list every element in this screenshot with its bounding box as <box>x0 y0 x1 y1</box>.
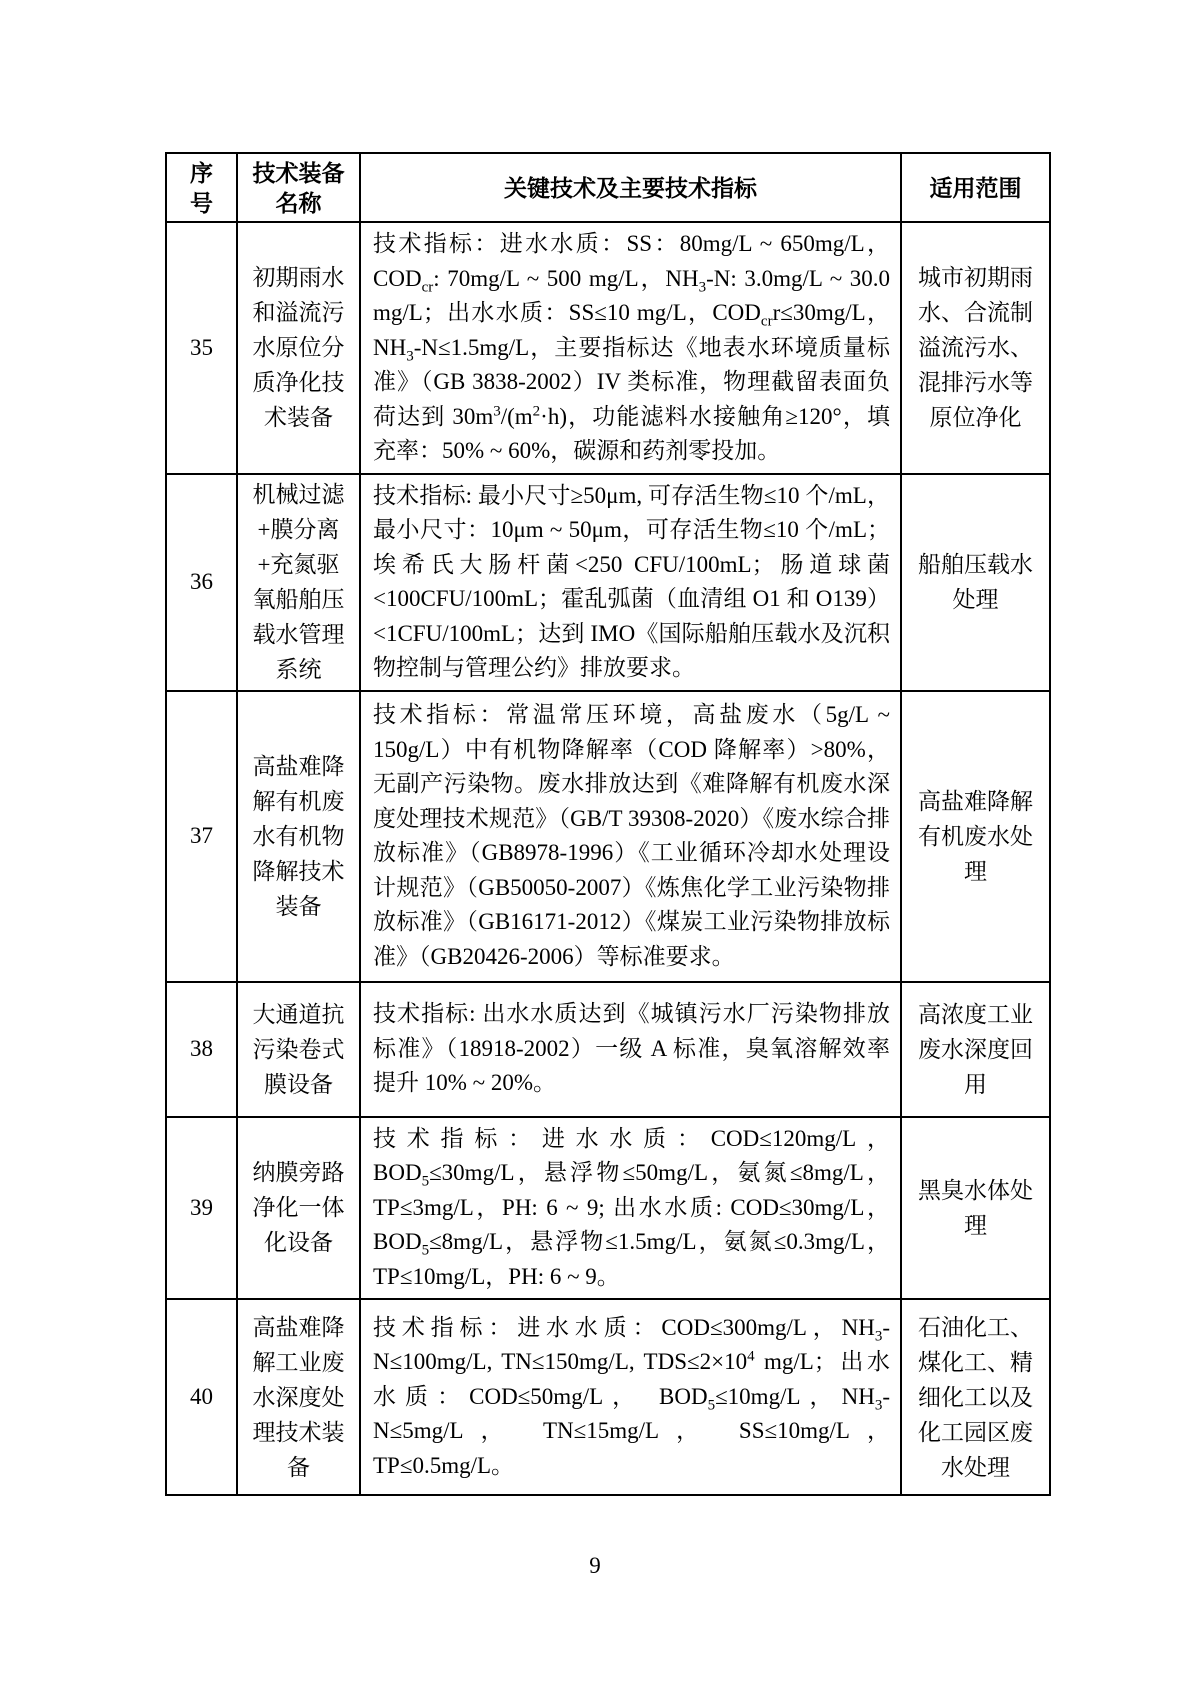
table-row: 40 高盐难降解工业废水深度处理技术装备 技术指标：进水水质：COD≤300mg… <box>166 1299 1050 1495</box>
row-equipment-name: 大通道抗污染卷式膜设备 <box>237 982 360 1117</box>
tech-equipment-table: 序 号 技术装备 名称 关键技术及主要技术指标 适用范围 35 初期雨水和溢流污… <box>165 152 1051 1496</box>
row-serial-number: 39 <box>166 1117 237 1300</box>
row-applicable-scope: 高浓度工业废水深度回用 <box>901 982 1050 1117</box>
row-equipment-name: 初期雨水和溢流污水原位分质净化技术装备 <box>237 222 360 474</box>
document-page: 序 号 技术装备 名称 关键技术及主要技术指标 适用范围 35 初期雨水和溢流污… <box>0 0 1190 1683</box>
row-serial-number: 37 <box>166 691 237 982</box>
row-equipment-name: 高盐难降解工业废水深度处理技术装备 <box>237 1299 360 1495</box>
row-key-indicators: 技术指标：进水水质：COD≤120mg/L，BOD5≤30mg/L，悬浮物≤50… <box>360 1117 901 1300</box>
row-equipment-name: 纳膜旁路净化一体化设备 <box>237 1117 360 1300</box>
row-equipment-name: 机械过滤+膜分离+充氮驱氧船舶压载水管理系统 <box>237 474 360 691</box>
table-header-row: 序 号 技术装备 名称 关键技术及主要技术指标 适用范围 <box>166 153 1050 222</box>
row-applicable-scope: 高盐难降解有机废水处理 <box>901 691 1050 982</box>
header-serial-number: 序 号 <box>166 153 237 222</box>
table-row: 37 高盐难降解有机废水有机物降解技术装备 技术指标：常温常压环境，高盐废水（5… <box>166 691 1050 982</box>
row-serial-number: 40 <box>166 1299 237 1495</box>
row-applicable-scope: 城市初期雨水、合流制溢流污水、混排污水等原位净化 <box>901 222 1050 474</box>
header-equipment-name: 技术装备 名称 <box>237 153 360 222</box>
table-row: 35 初期雨水和溢流污水原位分质净化技术装备 技术指标：进水水质：SS：80mg… <box>166 222 1050 474</box>
table-row: 39 纳膜旁路净化一体化设备 技术指标：进水水质：COD≤120mg/L，BOD… <box>166 1117 1050 1300</box>
row-applicable-scope: 石油化工、煤化工、精细化工以及化工园区废水处理 <box>901 1299 1050 1495</box>
row-key-indicators: 技术指标: 出水水质达到《城镇污水厂污染物排放标准》（18918-2002）一级… <box>360 982 901 1117</box>
row-applicable-scope: 船舶压载水处理 <box>901 474 1050 691</box>
row-equipment-name: 高盐难降解有机废水有机物降解技术装备 <box>237 691 360 982</box>
table-row: 36 机械过滤+膜分离+充氮驱氧船舶压载水管理系统 技术指标: 最小尺寸≥50μ… <box>166 474 1050 691</box>
row-serial-number: 38 <box>166 982 237 1117</box>
row-key-indicators: 技术指标: 最小尺寸≥50μm, 可存活生物≤10 个/mL，最小尺寸：10μm… <box>360 474 901 691</box>
page-number: 9 <box>0 1553 1190 1579</box>
row-serial-number: 36 <box>166 474 237 691</box>
row-key-indicators: 技术指标：进水水质：SS：80mg/L ~ 650mg/L，CODcr: 70m… <box>360 222 901 474</box>
header-applicable-scope: 适用范围 <box>901 153 1050 222</box>
table-row: 38 大通道抗污染卷式膜设备 技术指标: 出水水质达到《城镇污水厂污染物排放标准… <box>166 982 1050 1117</box>
header-key-indicators: 关键技术及主要技术指标 <box>360 153 901 222</box>
row-key-indicators: 技术指标：常温常压环境，高盐废水（5g/L ~ 150g/L）中有机物降解率（C… <box>360 691 901 982</box>
row-serial-number: 35 <box>166 222 237 474</box>
row-key-indicators: 技术指标：进水水质：COD≤300mg/L，NH3-N≤100mg/L, TN≤… <box>360 1299 901 1495</box>
row-applicable-scope: 黑臭水体处理 <box>901 1117 1050 1300</box>
